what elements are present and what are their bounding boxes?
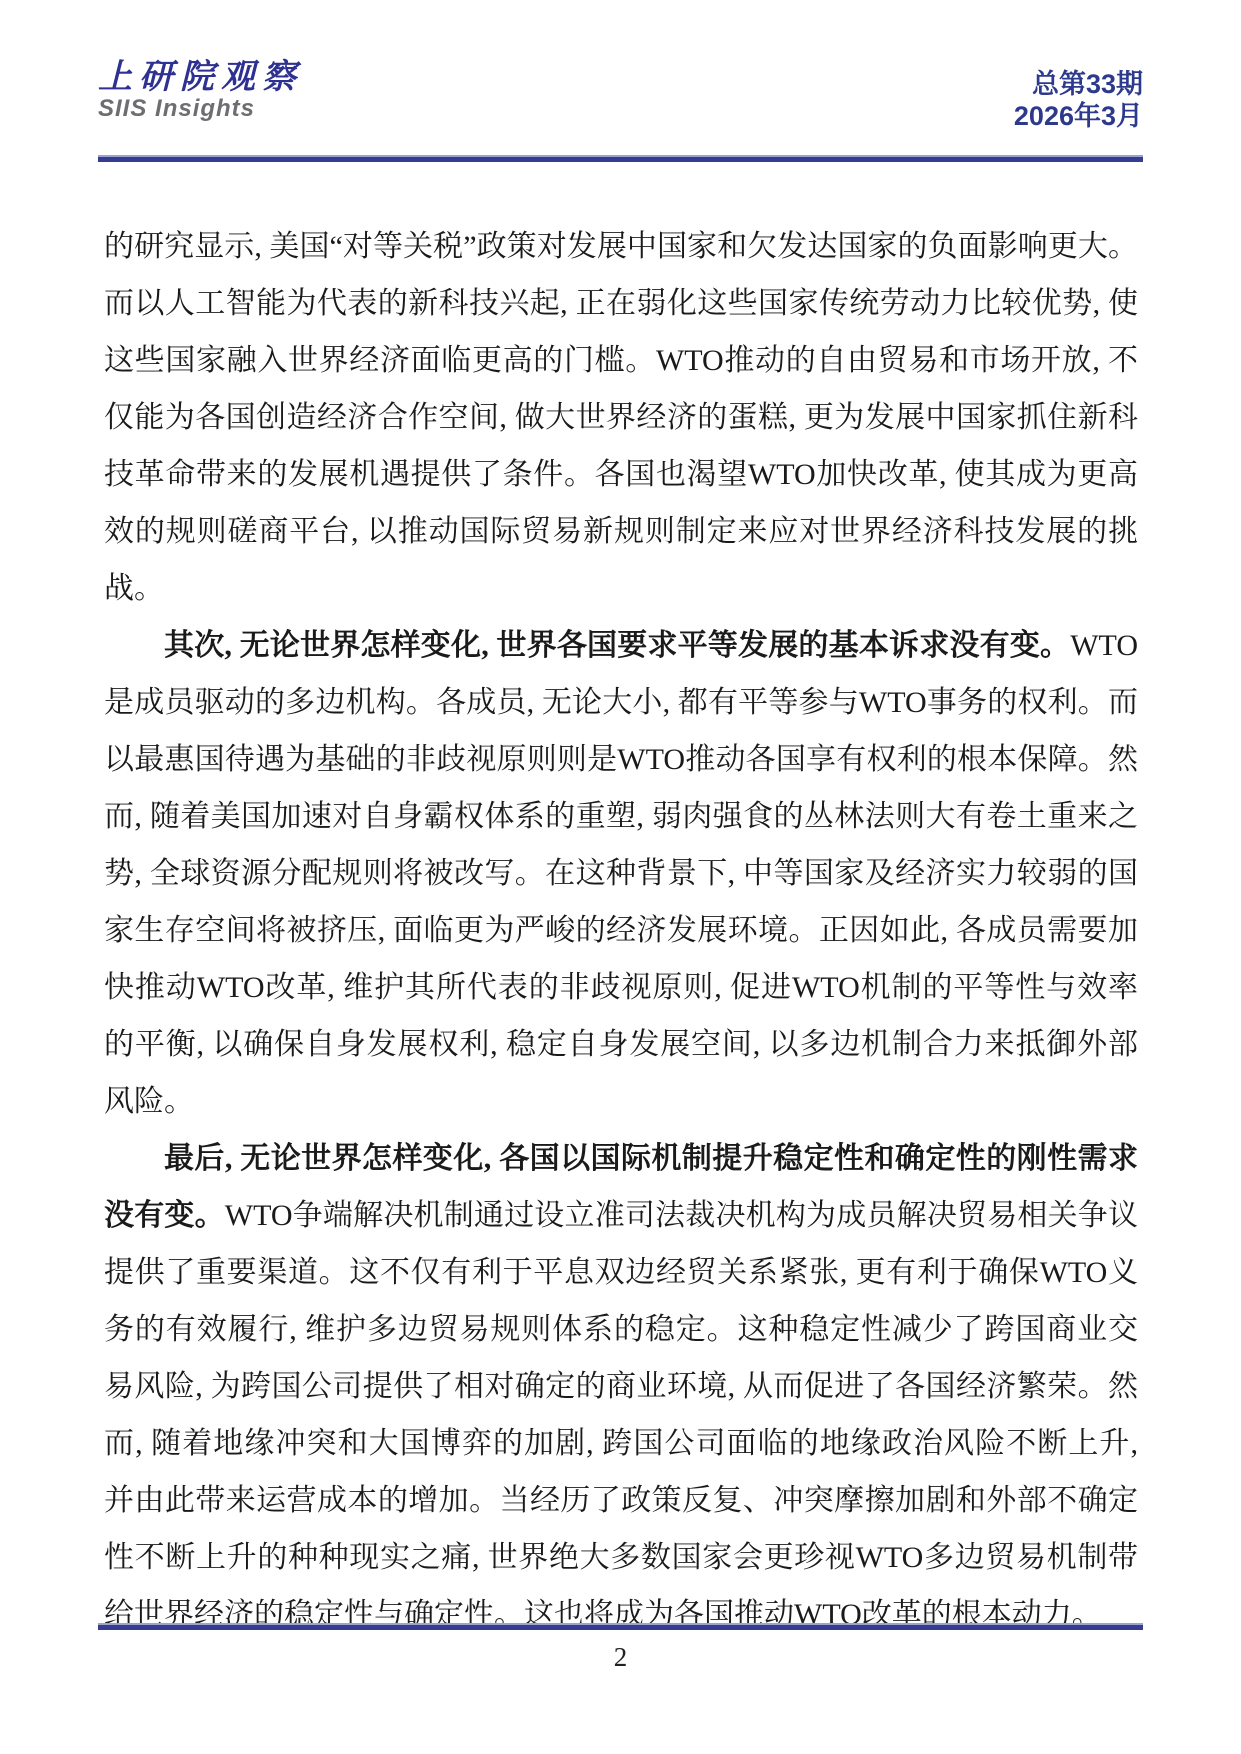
footer-divider-rule <box>98 1623 1143 1630</box>
article-body: 的研究显示, 美国“对等关税”政策对发展中国家和欠发达国家的负面影响更大。而以人… <box>104 218 1138 1643</box>
header-divider-rule <box>98 155 1143 162</box>
paragraph-run: WTO是成员驱动的多边机构。各成员, 无论大小, 都有平等参与WTO事务的权利。… <box>104 629 1138 1118</box>
page-header: 上研院观察 SIIS Insights 总第33期 2026年3月 <box>98 60 1143 132</box>
publication-logo: 上研院观察 SIIS Insights <box>98 60 303 122</box>
issue-number: 总第33期 <box>1014 68 1143 100</box>
paragraph-run-bold: 其次, 无论世界怎样变化, 世界各国要求平等发展的基本诉求没有变。 <box>164 629 1070 662</box>
document-page: 上研院观察 SIIS Insights 总第33期 2026年3月 的研究显示,… <box>0 0 1241 1754</box>
paragraph: 的研究显示, 美国“对等关税”政策对发展中国家和欠发达国家的负面影响更大。而以人… <box>104 218 1138 617</box>
logo-chinese-title: 上研院观察 <box>98 60 303 96</box>
paragraph-run: 的研究显示, 美国“对等关税”政策对发展中国家和欠发达国家的负面影响更大。而以人… <box>104 230 1138 605</box>
issue-info: 总第33期 2026年3月 <box>1014 68 1143 132</box>
page-number: 2 <box>0 1642 1241 1673</box>
paragraph: 最后, 无论世界怎样变化, 各国以国际机制提升稳定性和确定性的刚性需求没有变。W… <box>104 1130 1138 1643</box>
issue-date: 2026年3月 <box>1014 100 1143 132</box>
paragraph: 其次, 无论世界怎样变化, 世界各国要求平等发展的基本诉求没有变。WTO是成员驱… <box>104 617 1138 1130</box>
paragraph-run: WTO争端解决机制通过设立准司法裁决机构为成员解决贸易相关争议提供了重要渠道。这… <box>104 1199 1138 1631</box>
logo-english-title: SIIS Insights <box>98 96 303 122</box>
